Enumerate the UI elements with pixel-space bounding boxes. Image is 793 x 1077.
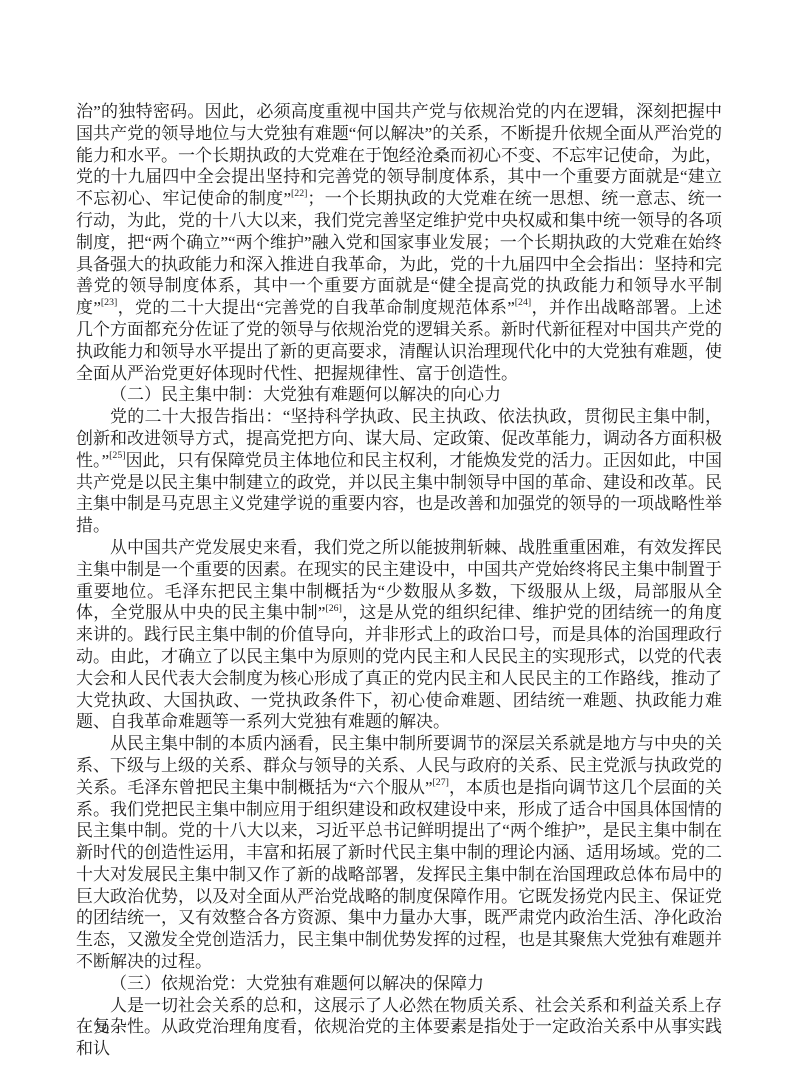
footnote-reference: [25] bbox=[109, 450, 125, 461]
page-number: · 70 · bbox=[83, 1021, 120, 1038]
footnote-reference: [23] bbox=[101, 297, 117, 308]
body-text: ，党的二十大提出“完善党的自我革命制度规范体系” bbox=[117, 298, 514, 317]
subsection-heading: （三）依规治党：大党独有难题何以解决的保障力 bbox=[76, 973, 722, 995]
paragraph: 党的二十大报告指出：“坚持科学执政、民主执政、依法执政，贯彻民主集中制，创新和改… bbox=[76, 406, 722, 537]
body-text: 因此，只有保障党员主体地位和民主权利，才能焕发党的活力。正因如此，中国共产党是以… bbox=[76, 451, 722, 535]
body-text: ，本质也是指向调节这几个层面的关系。我们党把民主集中制应用于组织建设和政权建设中… bbox=[76, 778, 722, 971]
article-text-block: 治”的独特密码。因此，必须高度重视中国共产党与依规治党的内在逻辑，深刻把握中国共… bbox=[76, 101, 722, 1060]
body-text: 人是一切社会关系的总和，这展示了人必然在物质关系、社会关系和利益关系上存在复杂性… bbox=[76, 996, 722, 1059]
body-text: ，这是从党的组织纪律、维护党的团结统一的角度来讲的。践行民主集中制的价值导向，并… bbox=[76, 603, 722, 731]
paragraph: 从民主集中制的本质内涵看，民主集中制所要调节的深层关系就是地方与中央的关系、下级… bbox=[76, 733, 722, 973]
paragraph-continuation: 治”的独特密码。因此，必须高度重视中国共产党与依规治党的内在逻辑，深刻把握中国共… bbox=[76, 101, 722, 384]
subsection-heading: （二）民主集中制：大党独有难题何以解决的向心力 bbox=[76, 384, 722, 406]
paragraph: 人是一切社会关系的总和，这展示了人必然在物质关系、社会关系和利益关系上存在复杂性… bbox=[76, 995, 722, 1060]
paragraph: 从中国共产党发展史来看，我们党之所以能披荆斩棘、战胜重重困难，有效发挥民主集中制… bbox=[76, 537, 722, 733]
footnote-reference: [24] bbox=[515, 297, 531, 308]
footnote-reference: [27] bbox=[433, 777, 449, 788]
document-page: 治”的独特密码。因此，必须高度重视中国共产党与依规治党的内在逻辑，深刻把握中国共… bbox=[0, 0, 793, 1077]
footnote-reference: [26] bbox=[325, 603, 341, 614]
footnote-reference: [22] bbox=[291, 188, 307, 199]
